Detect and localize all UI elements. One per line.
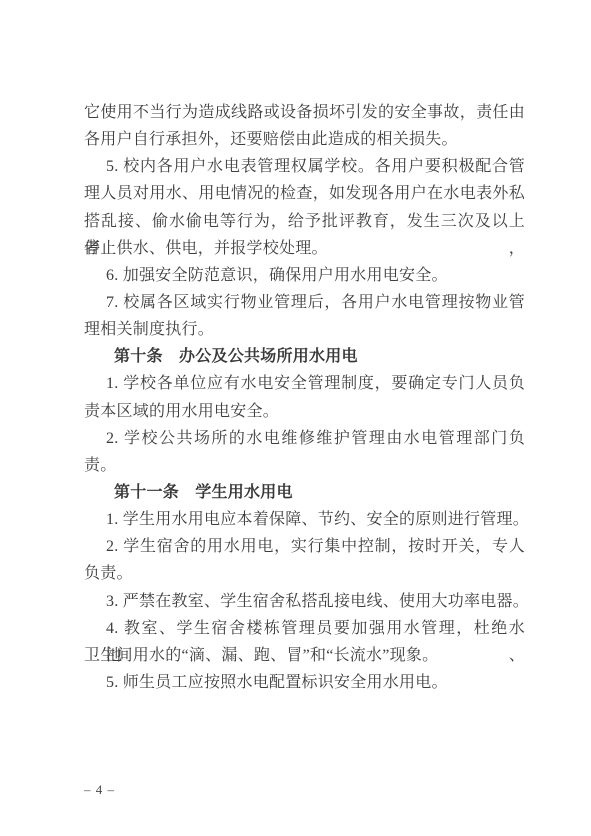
text-line: 5. 师生员工应按照水电配置标识安全用水用电。 — [84, 669, 525, 696]
document-page: 它使用不当行为造成线路或设备损坏引发的安全事故，责任由 各用户自行承担外，还要赔… — [0, 0, 591, 836]
text-line: 理相关制度执行。 — [84, 316, 525, 343]
text-line: 负责。 — [84, 560, 525, 587]
text-line: 搭乱接、偷水偷电等行为，给予批评教育，发生三次及以上者， — [84, 208, 525, 235]
page-number: – 4 – — [84, 782, 115, 798]
text-line: 它使用不当行为造成线路或设备损坏引发的安全事故，责任由 — [84, 99, 525, 126]
text-line: 理人员对用水、用电情况的检查，如发现各用户在水电表外私 — [84, 180, 525, 207]
text-line: 1. 学校各单位应有水电安全管理制度，要确定专门人员负 — [84, 370, 525, 397]
document-body: 它使用不当行为造成线路或设备损坏引发的安全事故，责任由 各用户自行承担外，还要赔… — [84, 99, 525, 696]
text-line: 各用户自行承担外，还要赔偿由此造成的相关损失。 — [84, 126, 525, 153]
text-line: 6. 加强安全防范意识，确保用户用水用电安全。 — [84, 262, 525, 289]
text-line: 5. 校内各用户水电表管理权属学校。各用户要积极配合管 — [84, 153, 525, 180]
text-line: 1. 学生用水用电应本着保障、节约、安全的原则进行管理。 — [84, 506, 525, 533]
text-line: 4. 教室、学生宿舍楼栋管理员要加强用水管理，杜绝水池、 — [84, 615, 525, 642]
text-line: 2. 学校公共场所的水电维修维护管理由水电管理部门负 — [84, 425, 525, 452]
article-11-heading: 第十一条 学生用水用电 — [84, 479, 525, 506]
text-line: 责本区域的用水用电安全。 — [84, 398, 525, 425]
text-line: 3. 严禁在教室、学生宿舍私搭乱接电线、使用大功率电器。 — [84, 588, 525, 615]
text-line: 责。 — [84, 452, 525, 479]
text-line: 2. 学生宿舍的用水用电，实行集中控制，按时开关，专人 — [84, 533, 525, 560]
article-10-heading: 第十条 办公及公共场所用水用电 — [84, 343, 525, 370]
text-line: 7. 校属各区域实行物业管理后，各用户水电管理按物业管 — [84, 289, 525, 316]
